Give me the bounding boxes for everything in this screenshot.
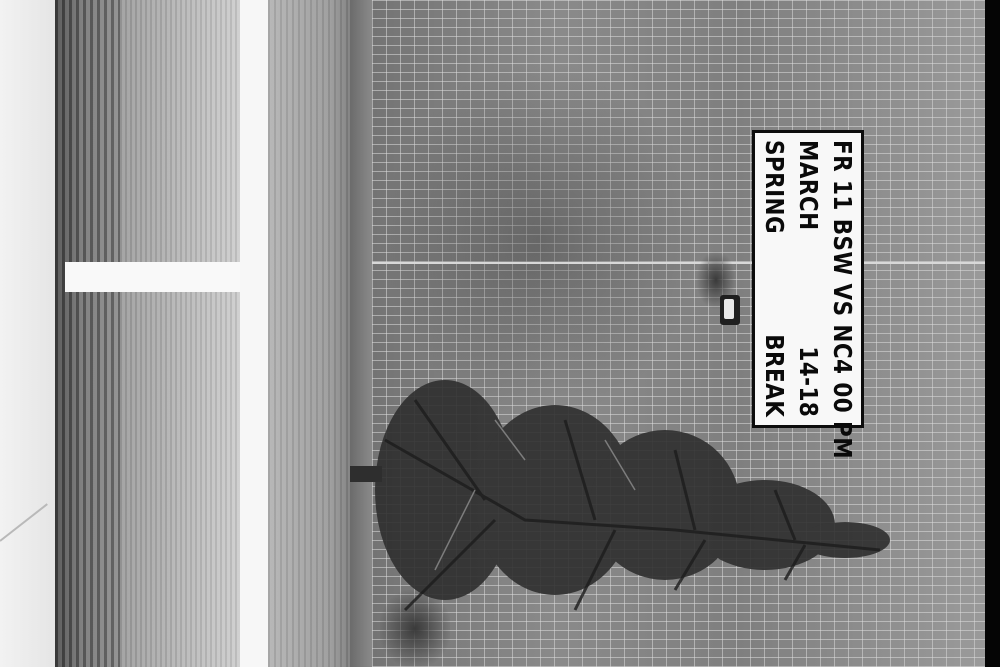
sidewalk-crossing — [65, 262, 245, 292]
photograph: FR 11 BSW VS NC 4 00 PM MARCH 14-18 SPRI… — [0, 0, 1000, 667]
sidewalk — [240, 0, 270, 667]
sign-line-3-left: SPRING — [759, 140, 789, 234]
sign-line-2: MARCH 14-18 — [793, 140, 823, 417]
lawn-left — [120, 0, 245, 667]
sign-line-2-right: 14-18 — [793, 346, 823, 417]
wall-expansion-joint — [372, 262, 985, 264]
wall-shadow — [380, 60, 700, 420]
marquee-sign: FR 11 BSW VS NC 4 00 PM MARCH 14-18 SPRI… — [752, 130, 864, 428]
sign-line-1: FR 11 BSW VS NC 4 00 PM — [827, 140, 857, 417]
sign-line-1-left: FR 11 BSW VS NC — [827, 140, 857, 359]
film-border — [985, 0, 1000, 667]
sign-line-1-right: 4 00 PM — [827, 359, 857, 459]
curb-grass-strip — [55, 0, 125, 667]
light-lens — [724, 299, 734, 319]
sign-line-3: SPRING BREAK — [759, 140, 789, 417]
sign-line-3-right: BREAK — [759, 334, 789, 417]
sign-line-2-left: MARCH — [793, 140, 823, 231]
road — [0, 0, 60, 667]
wall-foundation — [350, 0, 372, 667]
sign-text-block: FR 11 BSW VS NC 4 00 PM MARCH 14-18 SPRI… — [755, 134, 861, 424]
